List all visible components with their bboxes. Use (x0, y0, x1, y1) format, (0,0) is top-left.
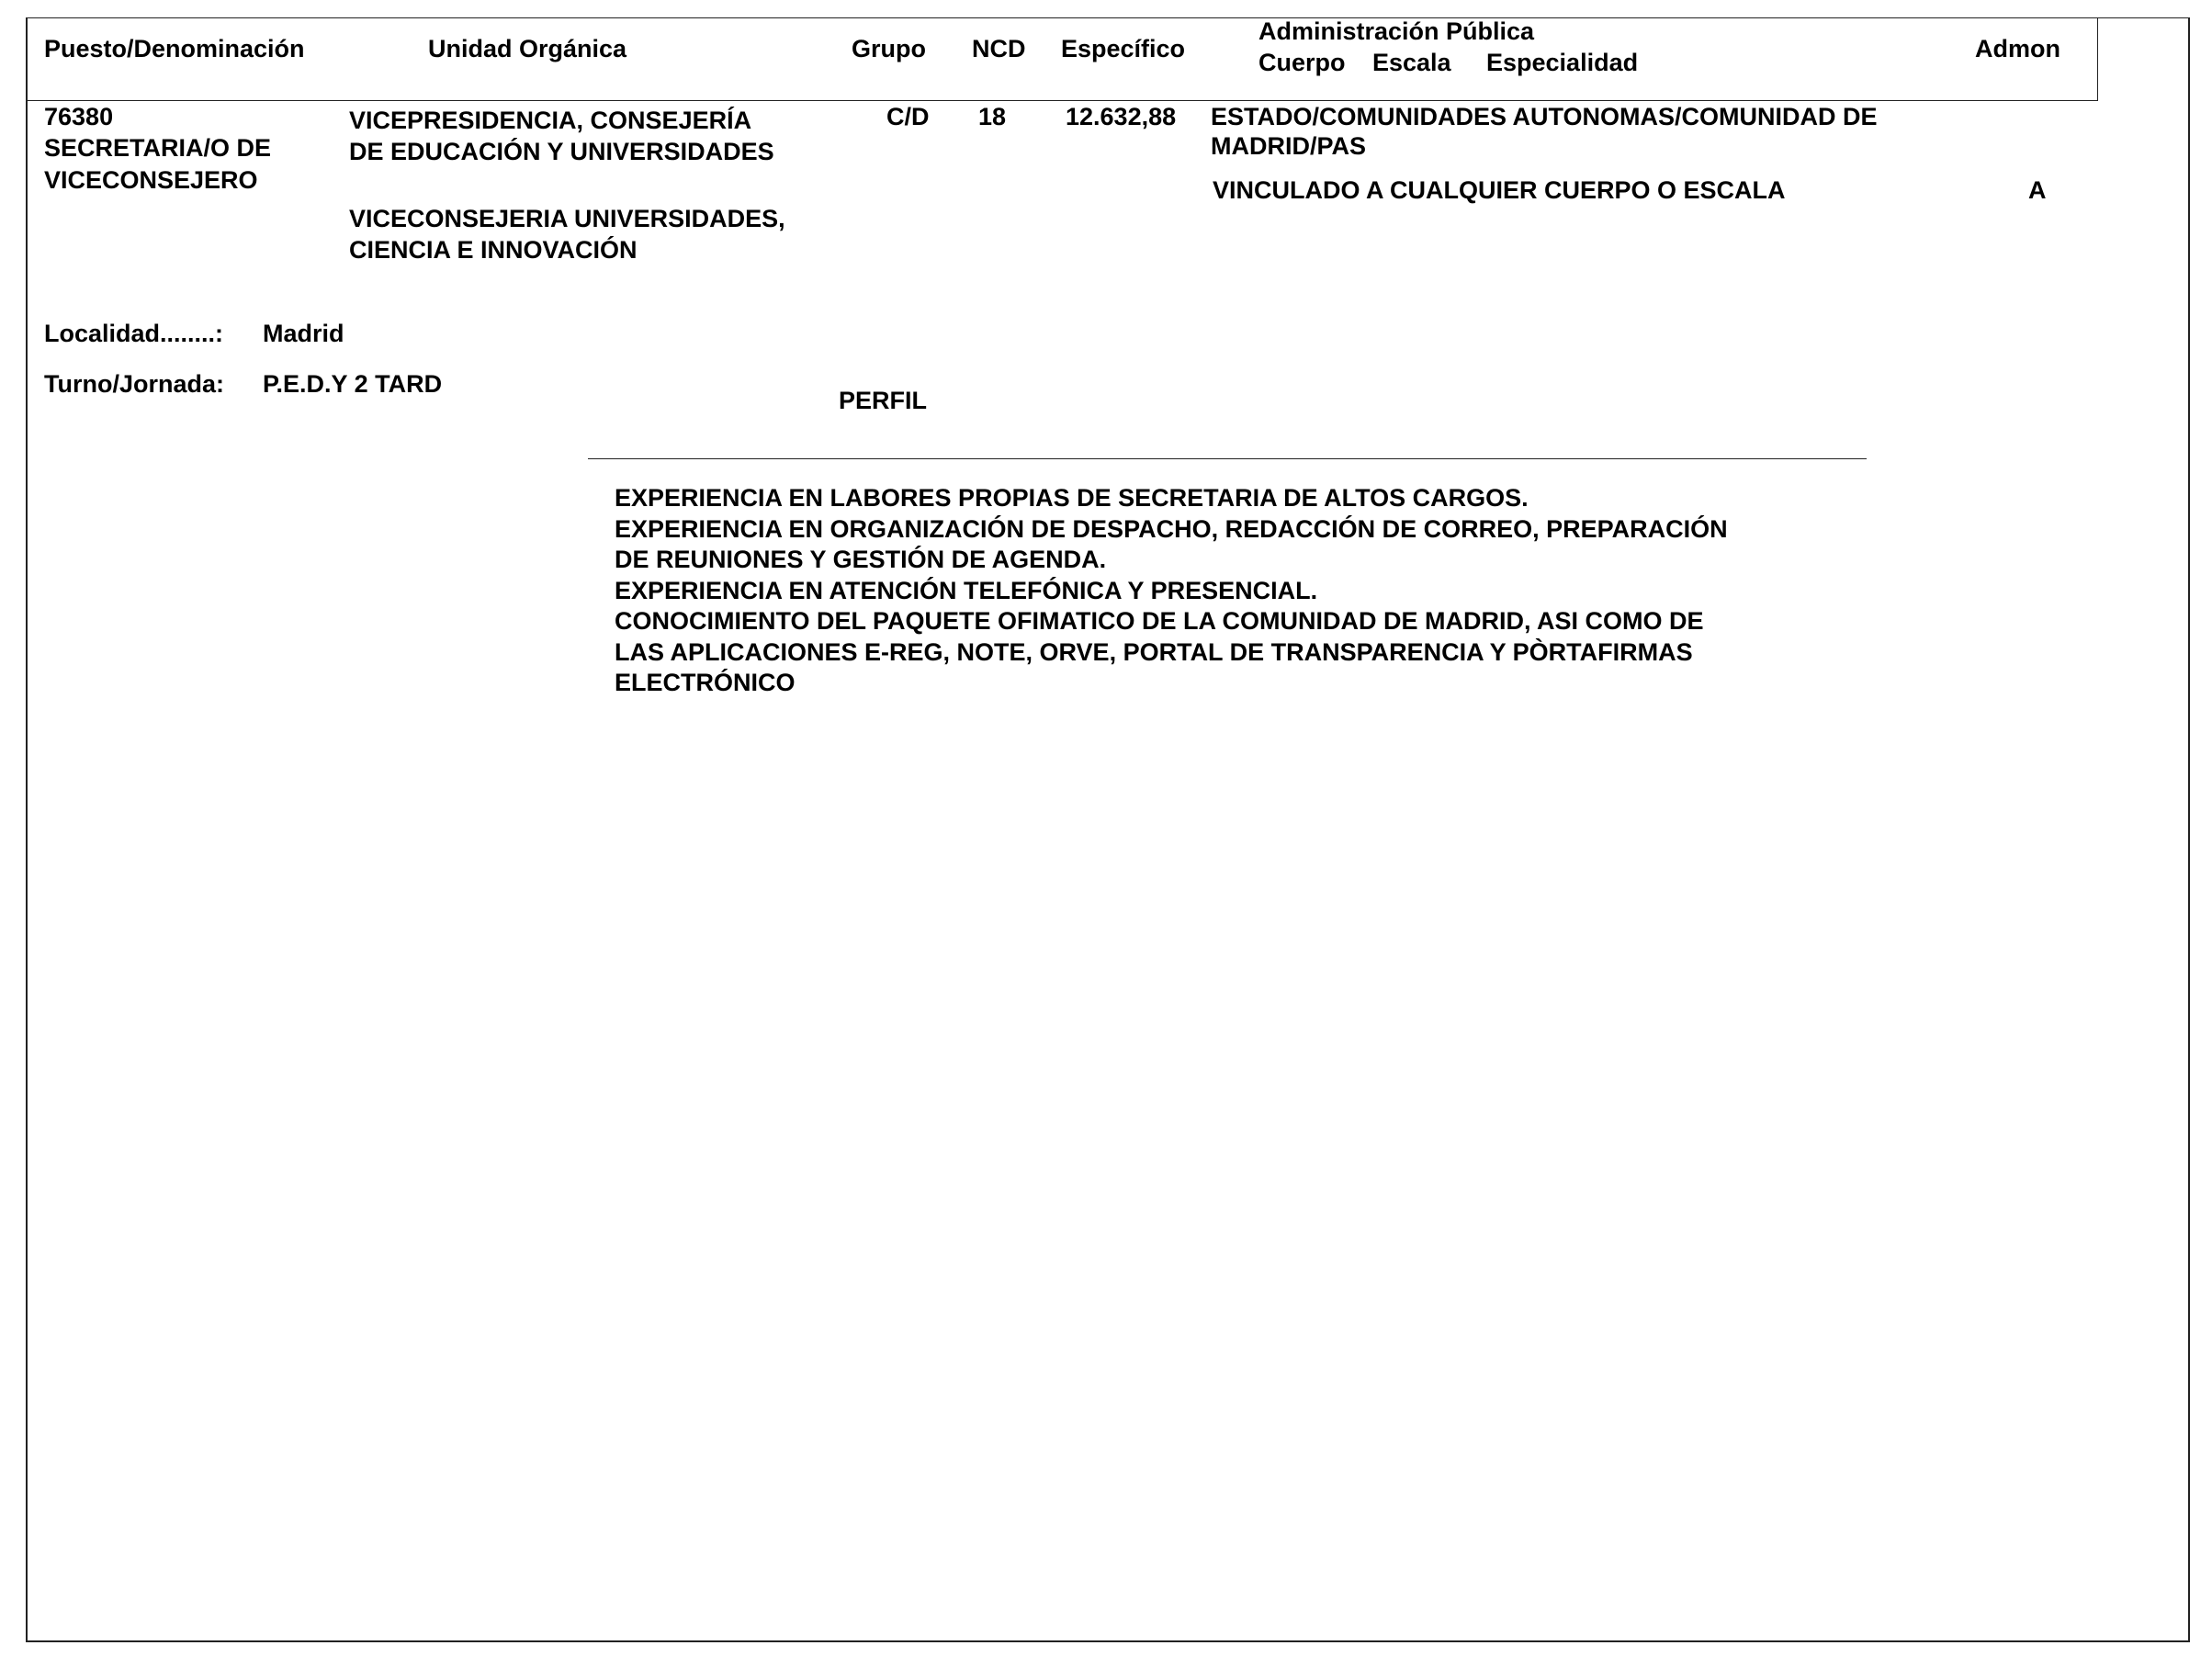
unidad-1-line-2: DE EDUCACIÓN Y UNIVERSIDADES (349, 137, 774, 166)
perfil-title: PERFIL (839, 386, 927, 415)
header-especifico: Específico (1061, 34, 1185, 63)
administracion-line-2: MADRID/PAS (1211, 131, 1366, 161)
puesto-denominacion-2: VICECONSEJERO (44, 165, 258, 195)
perfil-line: EXPERIENCIA EN ORGANIZACIÓN DE DESPACHO,… (615, 514, 1728, 546)
puesto-denominacion-1: SECRETARIA/O DE (44, 133, 271, 163)
perfil-line: ELECTRÓNICO (615, 668, 1728, 699)
admon-value: A (2028, 175, 2047, 205)
localidad-value: Madrid (263, 319, 344, 348)
header-unidad: Unidad Orgánica (428, 34, 626, 63)
header-especialidad: Especialidad (1486, 48, 1638, 77)
perfil-line: DE REUNIONES Y GESTIÓN DE AGENDA. (615, 545, 1728, 576)
vinculado-text: VINCULADO A CUALQUIER CUERPO O ESCALA (1213, 175, 1786, 205)
grupo-value: C/D (886, 102, 930, 131)
administracion-line-1: ESTADO/COMUNIDADES AUTONOMAS/COMUNIDAD D… (1211, 102, 1878, 131)
header-cuerpo: Cuerpo (1258, 48, 1346, 77)
localidad-label: Localidad........: (44, 319, 223, 348)
unidad-1-line-1: VICEPRESIDENCIA, CONSEJERÍA (349, 106, 751, 135)
header-ncd: NCD (972, 34, 1026, 63)
header-admin-publica: Administración Pública (1258, 17, 1534, 46)
header-escala: Escala (1372, 48, 1451, 77)
perfil-line: EXPERIENCIA EN LABORES PROPIAS DE SECRET… (615, 483, 1728, 514)
turno-value: P.E.D.Y 2 TARD (263, 369, 442, 399)
ncd-value: 18 (978, 102, 1006, 131)
perfil-line: CONOCIMIENTO DEL PAQUETE OFIMATICO DE LA… (615, 606, 1728, 637)
turno-label: Turno/Jornada: (44, 369, 224, 399)
perfil-requirements: EXPERIENCIA EN LABORES PROPIAS DE SECRET… (615, 483, 1728, 699)
especifico-value: 12.632,88 (1066, 102, 1176, 131)
header-puesto: Puesto/Denominación (44, 34, 305, 63)
perfil-line: EXPERIENCIA EN ATENCIÓN TELEFÓNICA Y PRE… (615, 576, 1728, 607)
unidad-2-line-1: VICECONSEJERIA UNIVERSIDADES, (349, 204, 785, 233)
unidad-2-line-2: CIENCIA E INNOVACIÓN (349, 235, 638, 265)
perfil-divider (588, 458, 1867, 459)
header-admon: Admon (1975, 34, 2060, 63)
header-grupo: Grupo (852, 34, 926, 63)
puesto-codigo: 76380 (44, 102, 113, 131)
perfil-line: LAS APLICACIONES E-REG, NOTE, ORVE, PORT… (615, 637, 1728, 669)
